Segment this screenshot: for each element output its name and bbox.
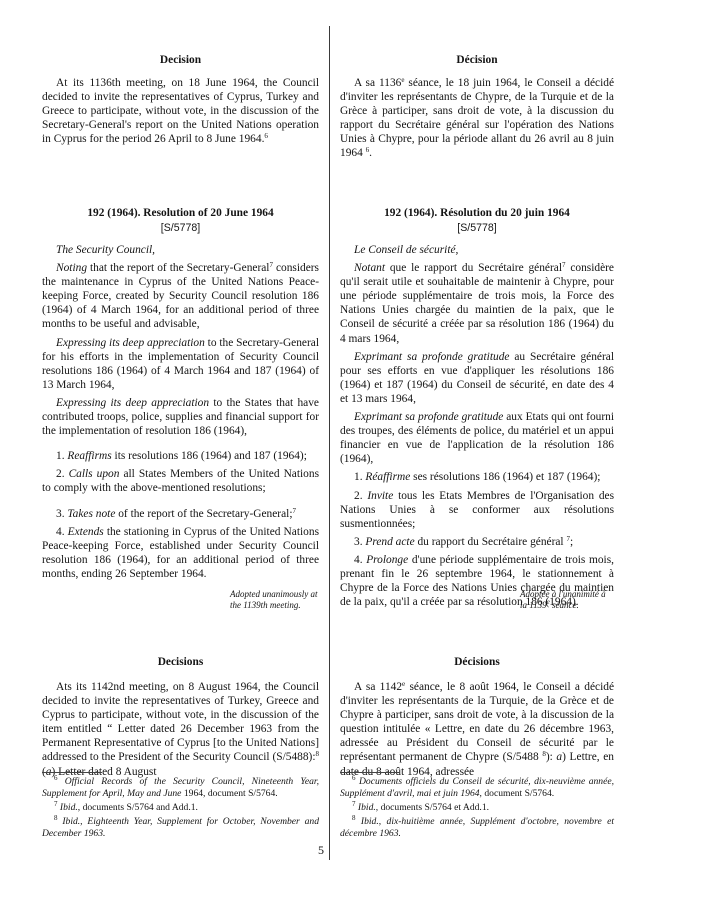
- operative-paragraph: 4. Extends the stationing in Cyprus of t…: [42, 525, 319, 581]
- preamble-paragraph: Exprimant sa profonde gratitude aux Etat…: [340, 410, 614, 466]
- section-heading: Décisions: [340, 655, 614, 669]
- column-divider: [329, 26, 330, 860]
- preamble-paragraph: Exprimant sa profonde gratitude au Secré…: [340, 350, 614, 406]
- resolution-192-fr: 192 (1964). Résolution du 20 juin 1964 […: [340, 206, 614, 609]
- footnotes-en: 6 Official Records of the Security Counc…: [42, 776, 319, 840]
- operative-paragraph: 2. Calls upon all States Members of the …: [42, 467, 319, 495]
- operative-paragraph: 1. Réaffirme ses résolutions 186 (1964) …: [340, 470, 614, 484]
- footnote-ref: 7: [293, 507, 297, 515]
- preamble-opening: The Security Council,: [42, 243, 319, 257]
- decision-paragraph: At its 1136th meeting, on 18 June 1964, …: [42, 76, 319, 146]
- section-heading: Décision: [340, 53, 614, 67]
- document-symbol: [S/5778]: [340, 221, 614, 235]
- operative-paragraph: 3. Takes note of the report of the Secre…: [42, 507, 319, 521]
- resolution-title: 192 (1964). Résolution du 20 juin 1964: [340, 206, 614, 220]
- resolution-192-en: 192 (1964). Resolution of 20 June 1964 […: [42, 206, 319, 581]
- decisions-1142-fr: Décisions A sa 1142e séance, le 8 août 1…: [340, 655, 614, 779]
- section-heading: Decisions: [42, 655, 319, 669]
- preamble-paragraph: Expressing its deep appreciation to the …: [42, 336, 319, 392]
- preamble-opening: Le Conseil de sécurité,: [340, 243, 614, 257]
- footnote: 6 Official Records of the Security Counc…: [42, 776, 319, 800]
- decision-1136-fr: Décision A sa 1136e séance, le 18 juin 1…: [340, 53, 614, 161]
- decision-paragraph: A sa 1142e séance, le 8 août 1964, le Co…: [340, 680, 614, 779]
- page-number: 5: [318, 843, 324, 858]
- preamble-paragraph: Expressing its deep appreciation to the …: [42, 396, 319, 438]
- section-heading: Decision: [42, 53, 319, 67]
- adoption-note: Adopted unanimously at the 1139th meetin…: [230, 589, 320, 611]
- decision-paragraph: A sa 1136e séance, le 18 juin 1964, le C…: [340, 76, 614, 161]
- footnotes-fr: 6 Documents officiels du Conseil de sécu…: [340, 776, 614, 840]
- footnote: 7 Ibid., documents S/5764 and Add.1.: [42, 802, 319, 814]
- footnote: 8 Ibid., dix-huitième année, Supplément …: [340, 816, 614, 840]
- adoption-note: Adoptée à l'unanimité à la 1139e séance.: [520, 589, 614, 611]
- operative-paragraph: 3. Prend acte du rapport du Secrétaire g…: [340, 535, 614, 549]
- decision-paragraph: Ats its 1142nd meeting, on 8 August 1964…: [42, 680, 319, 779]
- decisions-1142-en: Decisions Ats its 1142nd meeting, on 8 A…: [42, 655, 319, 779]
- decision-1136-en: Decision At its 1136th meeting, on 18 Ju…: [42, 53, 319, 146]
- operative-paragraph: 2. Invite tous les Etats Membres de l'Or…: [340, 489, 614, 531]
- footnote-rule: [340, 772, 400, 773]
- footnote: 7 Ibid., documents S/5764 et Add.1.: [340, 802, 614, 814]
- footnote-ref: 6: [264, 132, 268, 140]
- footnote: 6 Documents officiels du Conseil de sécu…: [340, 776, 614, 800]
- footnote-ref: 8: [316, 750, 320, 758]
- preamble-paragraph: Notant que le rapport du Secrétaire géné…: [340, 261, 614, 346]
- resolution-title: 192 (1964). Resolution of 20 June 1964: [42, 206, 319, 220]
- footnote-rule: [42, 772, 102, 773]
- document-symbol: [S/5778]: [42, 221, 319, 235]
- operative-paragraph: 1. Reaffirms its resolutions 186 (1964) …: [42, 449, 319, 463]
- preamble-paragraph: Noting that the report of the Secretary-…: [42, 261, 319, 331]
- footnote: 8 Ibid., Eighteenth Year, Supplement for…: [42, 816, 319, 840]
